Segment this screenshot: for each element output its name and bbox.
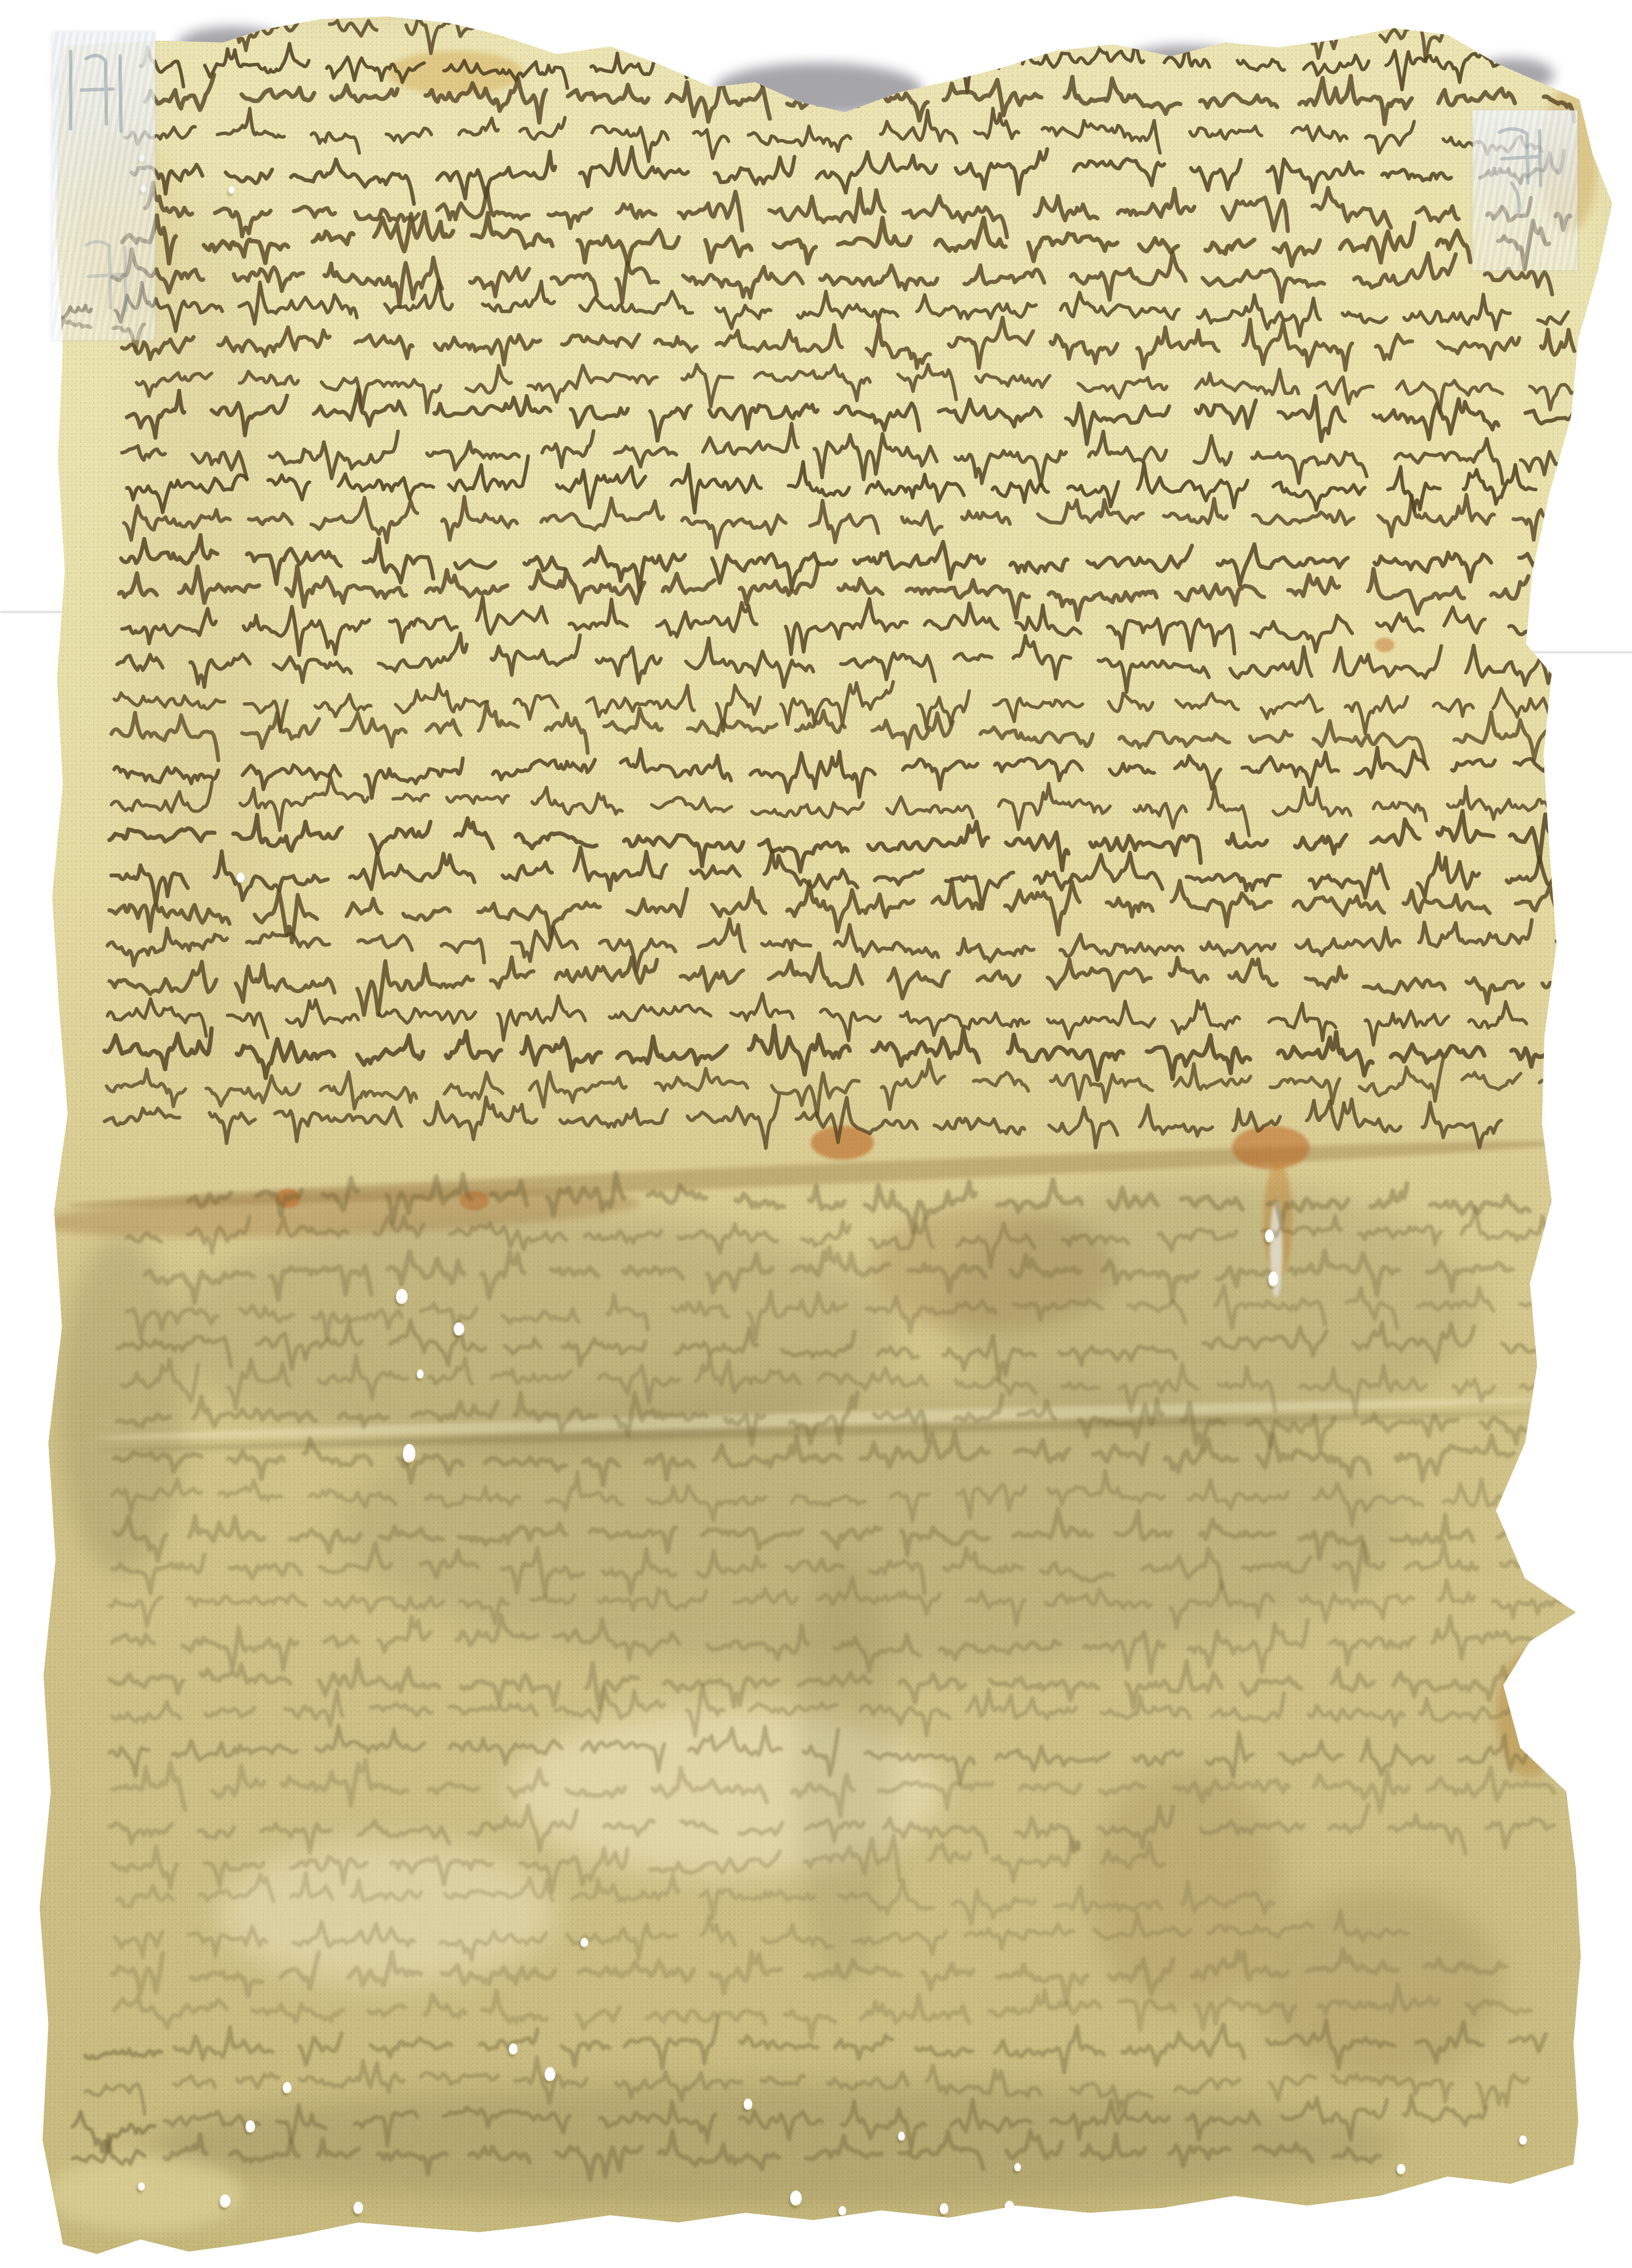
handwritten-text-line bbox=[114, 1431, 1574, 1485]
worm-hole bbox=[138, 2182, 145, 2191]
tape-ghost-glyphs bbox=[1473, 110, 1577, 270]
handwritten-text-line bbox=[112, 1615, 1540, 1673]
worm-hole bbox=[1265, 1229, 1274, 1243]
worm-hole bbox=[396, 1289, 408, 1304]
lower-faded-text-block bbox=[73, 1173, 1598, 2180]
worm-hole bbox=[245, 2120, 255, 2133]
handwritten-text-line bbox=[122, 597, 1571, 655]
worm-hole bbox=[353, 2202, 363, 2214]
handwritten-text-line bbox=[85, 2049, 161, 2058]
handwritten-text-line bbox=[114, 748, 1572, 798]
upper-text-block bbox=[27, 3, 1582, 1148]
handwritten-text-line bbox=[109, 1726, 1567, 1784]
handwritten-text-line bbox=[109, 953, 1571, 1015]
ink-layer bbox=[0, 0, 1632, 2268]
worm-hole bbox=[940, 2203, 948, 2215]
handwritten-text-line bbox=[145, 183, 1571, 237]
worm-hole bbox=[1014, 2163, 1021, 2172]
handwritten-text-line bbox=[218, 3, 1478, 61]
handwritten-text-line bbox=[117, 633, 1569, 692]
worm-hole bbox=[839, 2206, 846, 2216]
handwritten-text-line bbox=[112, 249, 1552, 306]
worm-hole bbox=[1519, 2135, 1527, 2145]
handwritten-text-line bbox=[165, 2095, 1504, 2151]
worm-hole bbox=[403, 1444, 415, 1463]
handwritten-text-line bbox=[121, 535, 1574, 591]
archival-tape-top-right bbox=[1473, 110, 1577, 270]
handwritten-text-line bbox=[107, 994, 1574, 1045]
handwritten-text-line bbox=[73, 2112, 154, 2153]
worm-hole bbox=[744, 2099, 752, 2110]
handwritten-text-line bbox=[174, 2057, 1528, 2112]
worm-hole bbox=[283, 2082, 291, 2094]
handwritten-text-line bbox=[85, 2084, 166, 2114]
worm-hole bbox=[417, 1369, 424, 1379]
handwritten-text-line bbox=[119, 563, 1568, 620]
handwritten-text-line bbox=[27, 280, 1568, 336]
handwritten-text-line bbox=[117, 1320, 1591, 1379]
worm-hole bbox=[229, 186, 234, 194]
worm-hole bbox=[1397, 2164, 1405, 2175]
handwritten-text-line bbox=[165, 2130, 1407, 2180]
handwritten-text-line bbox=[109, 1659, 1518, 1709]
handwritten-text-line bbox=[109, 811, 1573, 872]
scanned-document-page: scanned medieval parchment charter (nota… bbox=[0, 0, 1632, 2268]
handwritten-text-line bbox=[111, 775, 1574, 836]
worm-hole bbox=[220, 2194, 230, 2208]
archival-tape-top-left bbox=[52, 32, 155, 340]
handwritten-text-line bbox=[112, 1760, 1582, 1816]
handwritten-text-line bbox=[73, 2134, 172, 2164]
handwritten-text-line bbox=[112, 1471, 1580, 1525]
handwritten-text-line bbox=[189, 1173, 1593, 1232]
parchment-sheet bbox=[0, 0, 1632, 2268]
worm-hole bbox=[509, 2043, 518, 2055]
handwritten-text-line bbox=[117, 1393, 1580, 1449]
worm-hole bbox=[1268, 1272, 1278, 1287]
handwritten-text-line bbox=[124, 491, 1580, 548]
handwritten-text-line bbox=[174, 2017, 1546, 2072]
scanner-glass-line bbox=[1529, 651, 1632, 653]
handwritten-text-line bbox=[122, 318, 1574, 370]
handwritten-text-line bbox=[122, 424, 1582, 486]
handwritten-text-line bbox=[109, 1577, 1582, 1628]
worm-hole bbox=[580, 1938, 588, 1947]
handwritten-text-line bbox=[122, 212, 1572, 269]
handwritten-text-line bbox=[112, 1836, 1164, 1892]
handwritten-text-line bbox=[109, 880, 1578, 942]
handwritten-text-line bbox=[109, 1805, 1554, 1854]
handwritten-text-line bbox=[132, 147, 1564, 204]
worm-hole bbox=[1005, 2201, 1014, 2213]
handwritten-text-line bbox=[112, 1541, 1579, 1595]
worm-hole bbox=[545, 2067, 555, 2082]
worm-hole bbox=[237, 873, 244, 883]
handwritten-text-line bbox=[127, 1207, 1588, 1268]
handwritten-text-line bbox=[112, 1949, 1506, 2003]
handwritten-text-line bbox=[117, 1873, 1273, 1924]
handwritten-text-line bbox=[114, 1984, 1531, 2039]
tape-ghost-glyphs bbox=[52, 32, 155, 340]
handwritten-text-line bbox=[105, 1026, 1573, 1080]
worm-hole bbox=[790, 2191, 802, 2206]
handwritten-text-line bbox=[125, 108, 1542, 161]
worm-hole bbox=[898, 2131, 905, 2141]
worm-hole bbox=[454, 1322, 464, 1336]
